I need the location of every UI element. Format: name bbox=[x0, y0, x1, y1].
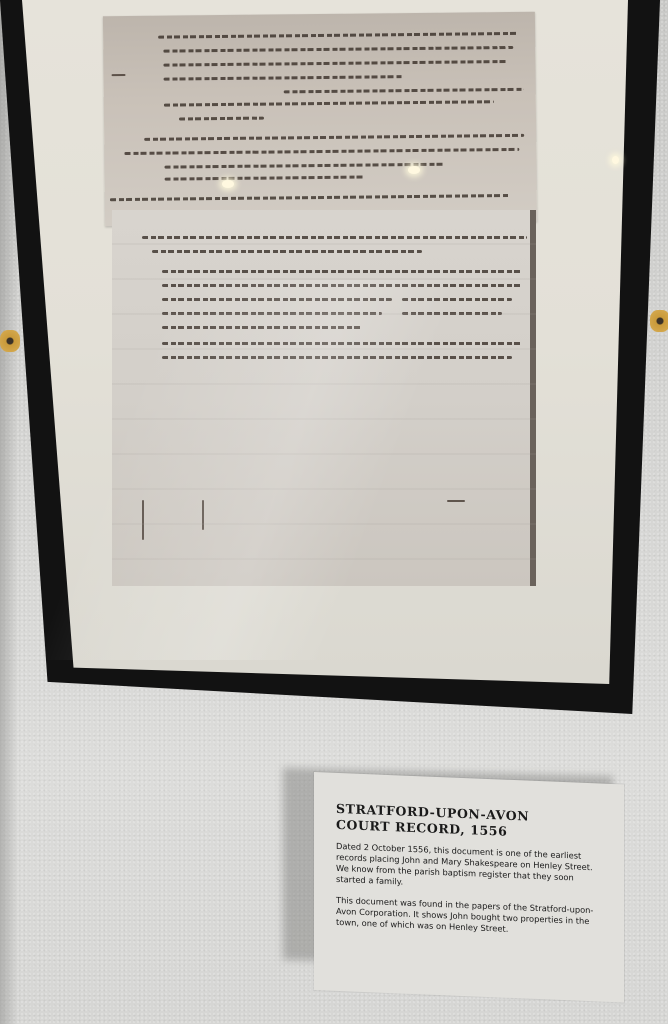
signature-line bbox=[402, 298, 512, 301]
handwriting-line bbox=[142, 236, 527, 239]
handwriting-line bbox=[162, 342, 522, 345]
handwriting-line bbox=[162, 284, 522, 287]
light-reflection bbox=[408, 166, 420, 174]
handwriting-line bbox=[162, 312, 382, 315]
brass-hanger-left-icon bbox=[0, 330, 20, 352]
light-reflection bbox=[612, 156, 619, 164]
handwriting-line bbox=[124, 148, 519, 155]
handwriting-line bbox=[158, 32, 518, 39]
placard-paragraph-1: Dated 2 October 1556, this document is o… bbox=[336, 841, 606, 896]
ink-mark bbox=[447, 500, 465, 502]
handwriting-line bbox=[284, 88, 524, 94]
handwriting-line bbox=[179, 117, 264, 121]
placard-paragraph-2: This document was found in the papers of… bbox=[336, 895, 606, 939]
brass-hanger-right-icon bbox=[650, 310, 668, 332]
exhibit-placard: STRATFORD-UPON-AVON COURT RECORD, 1556 D… bbox=[314, 772, 624, 1002]
handwriting-line bbox=[152, 250, 422, 253]
manuscript-upper-sheet bbox=[103, 12, 537, 227]
handwriting-line bbox=[162, 356, 512, 359]
handwriting-line bbox=[162, 326, 362, 329]
signature-line bbox=[402, 312, 502, 315]
handwriting-line bbox=[164, 100, 494, 106]
margin-note bbox=[202, 500, 204, 530]
handwriting-line bbox=[164, 75, 404, 81]
handwriting-line bbox=[163, 60, 508, 67]
margin-note bbox=[112, 74, 126, 76]
handwriting-line bbox=[162, 298, 392, 301]
handwriting-line bbox=[110, 194, 510, 201]
handwriting-line bbox=[164, 163, 444, 169]
manuscript-lower-sheet bbox=[112, 210, 536, 586]
handwriting-line bbox=[163, 46, 513, 53]
handwriting-line bbox=[165, 176, 365, 181]
margin-note bbox=[142, 500, 144, 540]
handwriting-line bbox=[144, 134, 524, 141]
placard-title: STRATFORD-UPON-AVON COURT RECORD, 1556 bbox=[336, 801, 602, 844]
light-reflection bbox=[222, 180, 234, 188]
handwriting-line bbox=[162, 270, 522, 273]
